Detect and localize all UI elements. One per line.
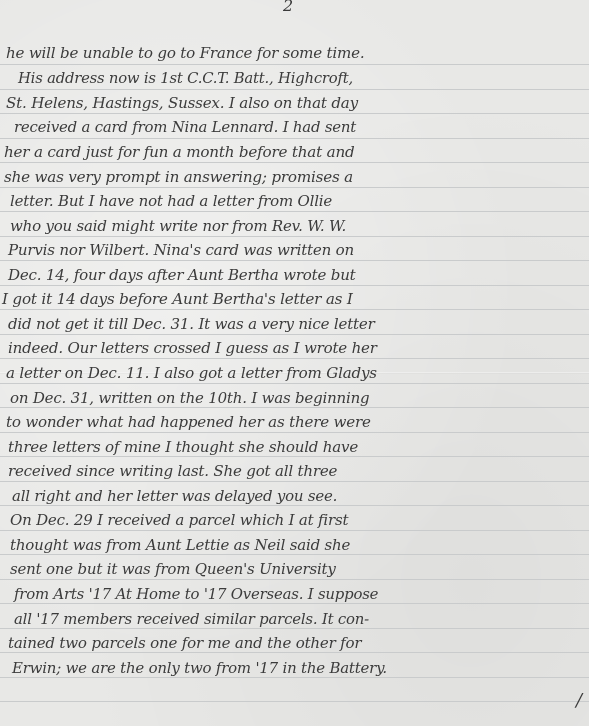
ruled-line <box>0 89 589 90</box>
letter-line-12: did not get it till Dec. 31. It was a ve… <box>8 315 584 333</box>
letter-line-15: on Dec. 31, written on the 10th. I was b… <box>10 389 584 407</box>
ruled-line <box>0 505 589 506</box>
ruled-line <box>0 554 589 555</box>
letter-line-14: a letter on Dec. 11. I also got a letter… <box>6 364 584 382</box>
ruled-line <box>0 236 589 237</box>
ruled-line <box>0 579 589 580</box>
letter-line-25: tained two parcels one for me and the ot… <box>8 634 584 652</box>
ruled-line <box>0 628 589 629</box>
letter-line-2: His address now is 1st C.C.T. Batt., Hig… <box>18 69 584 87</box>
letter-line-18: received since writing last. She got all… <box>8 462 584 480</box>
ruled-line <box>0 481 589 482</box>
ruled-line <box>0 113 589 114</box>
letter-line-20: On Dec. 29 I received a parcel which I a… <box>10 511 584 529</box>
letter-line-26: Erwin; we are the only two from '17 in t… <box>12 659 584 677</box>
letter-page: 2 he will be unable to go to France for … <box>0 0 589 726</box>
letter-line-22: sent one but it was from Queen's Univers… <box>10 560 584 578</box>
letter-line-13: indeed. Our letters crossed I guess as I… <box>8 339 584 357</box>
ruled-line <box>0 64 589 65</box>
ruled-line <box>0 187 589 188</box>
letter-line-8: who you said might write nor from Rev. W… <box>10 217 584 235</box>
letter-line-5: her a card just for fun a month before t… <box>4 143 584 161</box>
ruled-line <box>0 530 589 531</box>
ruled-line <box>0 334 589 335</box>
letter-line-4: received a card from Nina Lennard. I had… <box>14 118 584 136</box>
letter-line-1: he will be unable to go to France for so… <box>6 44 584 62</box>
letter-line-6: she was very prompt in answering; promis… <box>4 168 584 186</box>
letter-line-10: Dec. 14, four days after Aunt Bertha wro… <box>8 266 584 284</box>
letter-line-9: Purvis nor Wilbert. Nina's card was writ… <box>8 241 584 259</box>
ruled-line <box>0 432 589 433</box>
letter-line-23: from Arts '17 At Home to '17 Overseas. I… <box>14 585 584 603</box>
letter-line-24: all '17 members received similar parcels… <box>14 610 584 628</box>
ruled-line <box>0 309 589 310</box>
letter-line-19: all right and her letter was delayed you… <box>12 487 584 505</box>
ruled-line <box>0 652 589 653</box>
ruled-line <box>0 383 589 384</box>
ruled-line <box>0 211 589 212</box>
letter-line-3: St. Helens, Hastings, Sussex. I also on … <box>6 94 584 112</box>
ruled-line <box>0 701 589 702</box>
letter-line-7: letter. But I have not had a letter from… <box>10 192 584 210</box>
ruled-line <box>0 456 589 457</box>
ruled-line <box>0 603 589 604</box>
ruled-line <box>0 407 589 408</box>
ruled-line <box>0 260 589 261</box>
letter-line-11: I got it 14 days before Aunt Bertha's le… <box>2 290 584 308</box>
ruled-line <box>0 138 589 139</box>
margin-mark: / <box>576 690 589 711</box>
letter-line-21: thought was from Aunt Lettie as Neil sai… <box>10 536 584 554</box>
ruled-line <box>0 285 589 286</box>
ruled-line <box>0 358 589 359</box>
ruled-line <box>0 162 589 163</box>
ruled-line <box>0 677 589 678</box>
page-number: 2 <box>283 0 293 15</box>
letter-line-16: to wonder what had happened her as there… <box>6 413 584 431</box>
letter-line-17: three letters of mine I thought she shou… <box>8 438 584 456</box>
